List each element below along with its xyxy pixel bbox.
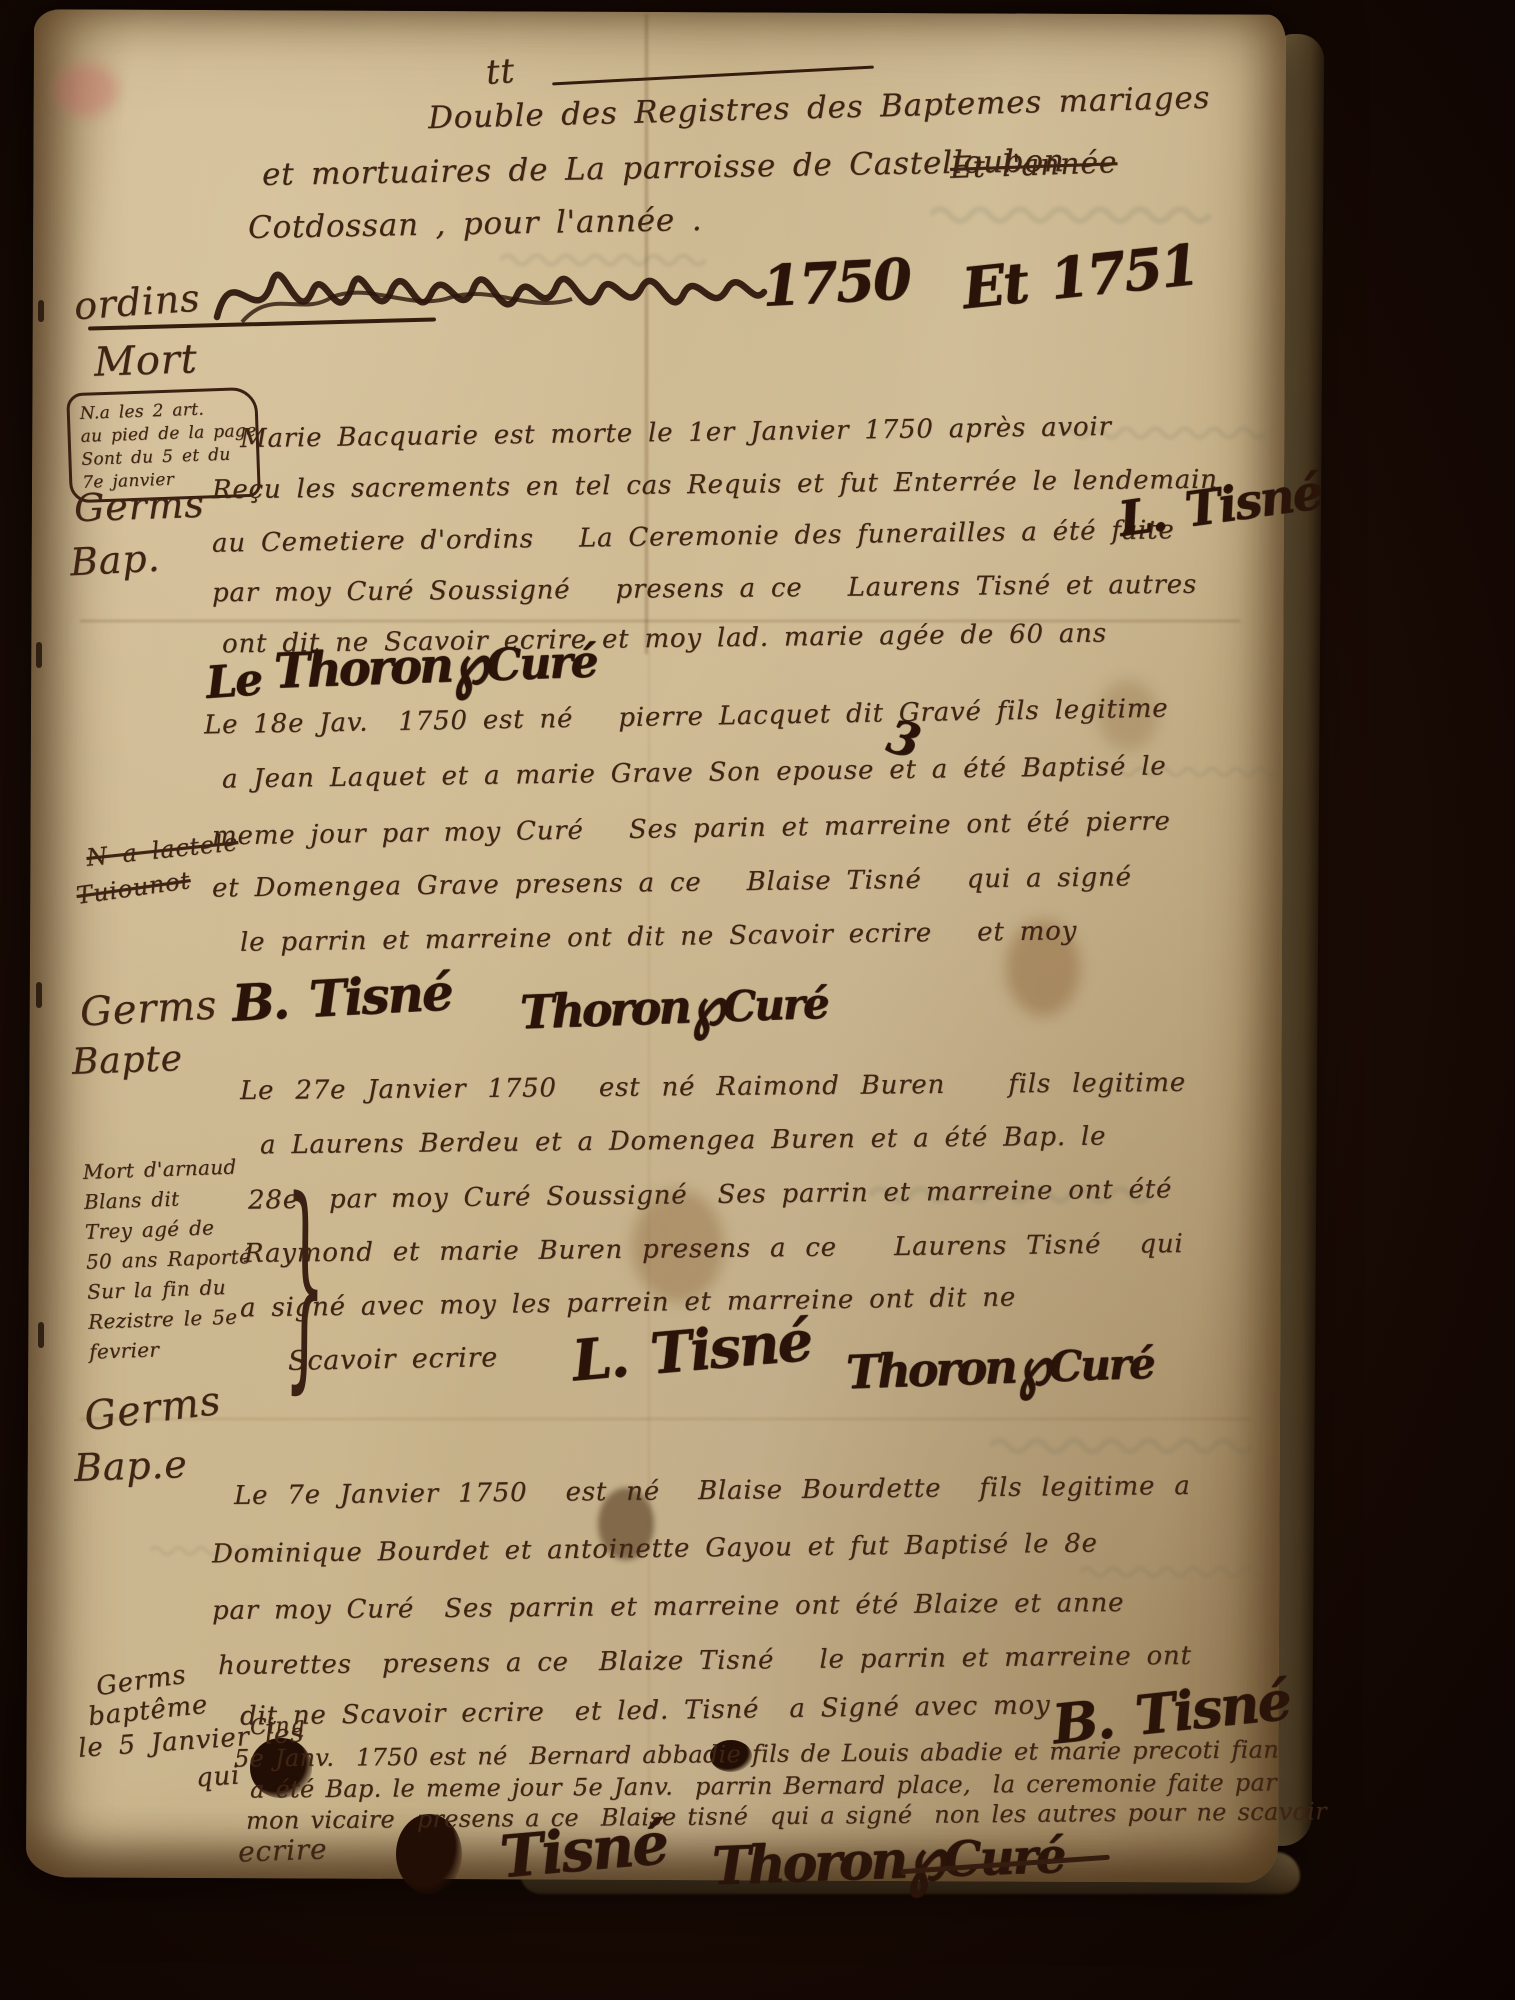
margin-label-bapte: Bapte (71, 1038, 183, 1083)
margin-death-note: Mort d'arnaud Blans dit Trey agé de 50 a… (82, 1151, 254, 1367)
signature-tisne: Tisné (497, 1809, 669, 1891)
binding-stitch (38, 1322, 44, 1348)
binding-stitch (36, 982, 42, 1008)
margin-label-mort: Mort (93, 336, 198, 386)
margin-label-germs: Germs (73, 482, 205, 531)
ghost-writing (1080, 1560, 1280, 1584)
binding-stitch (36, 642, 42, 668)
signature-cure: Curé (485, 636, 597, 691)
death-note-line: Rezistre le 5e (88, 1301, 254, 1337)
ghost-writing (930, 200, 1230, 230)
signature-thoron-cure: Thoron℘Curé (519, 975, 828, 1040)
struck-out-words: Et l'année (949, 145, 1117, 186)
red-smudge-stain (56, 64, 118, 116)
signature-thoron-cure: Thoron℘Curé (273, 632, 597, 699)
register-line: ecrire (237, 1832, 327, 1868)
title-year-1750: 1750 (760, 246, 911, 320)
signature-thoron-cure: Thoron℘Curé (845, 1335, 1154, 1400)
signature-cure: Curé (942, 1828, 1065, 1888)
margin-label-bape: Bap.e (73, 1442, 188, 1490)
margin-label-ordins: ordins (73, 276, 202, 329)
signature-tisne: B. Tisné (231, 962, 453, 1032)
signature-thoron: Thoron (519, 979, 690, 1039)
signature-prefix: Le (204, 654, 262, 709)
photo-of-parish-register: { "header": { "flourish": "tt", "line1":… (0, 0, 1515, 2000)
signature-cure: Curé (1048, 1339, 1154, 1392)
death-note-line: fevrier (89, 1331, 255, 1367)
title-flourish: tt (485, 51, 517, 93)
death-note-line: Mort d'arnaud (82, 1151, 248, 1187)
ghost-writing (990, 1432, 1270, 1460)
margin-label-germs: Germs (79, 982, 218, 1035)
margin-label-bap: Bap. (69, 536, 161, 585)
death-note-line: 50 ans Raporté (86, 1241, 252, 1277)
signature-thoron: Thoron (273, 637, 452, 699)
signature-thoron: Thoron (711, 1829, 906, 1897)
signature-cure: Curé (722, 979, 828, 1032)
register-line: Scavoir ecrire (288, 1342, 499, 1377)
binding-stitch (38, 300, 44, 322)
interlinear-insert: Cinq (249, 1713, 306, 1741)
signature-thoron: Thoron (845, 1339, 1016, 1399)
horizontal-crease (80, 1418, 1250, 1420)
